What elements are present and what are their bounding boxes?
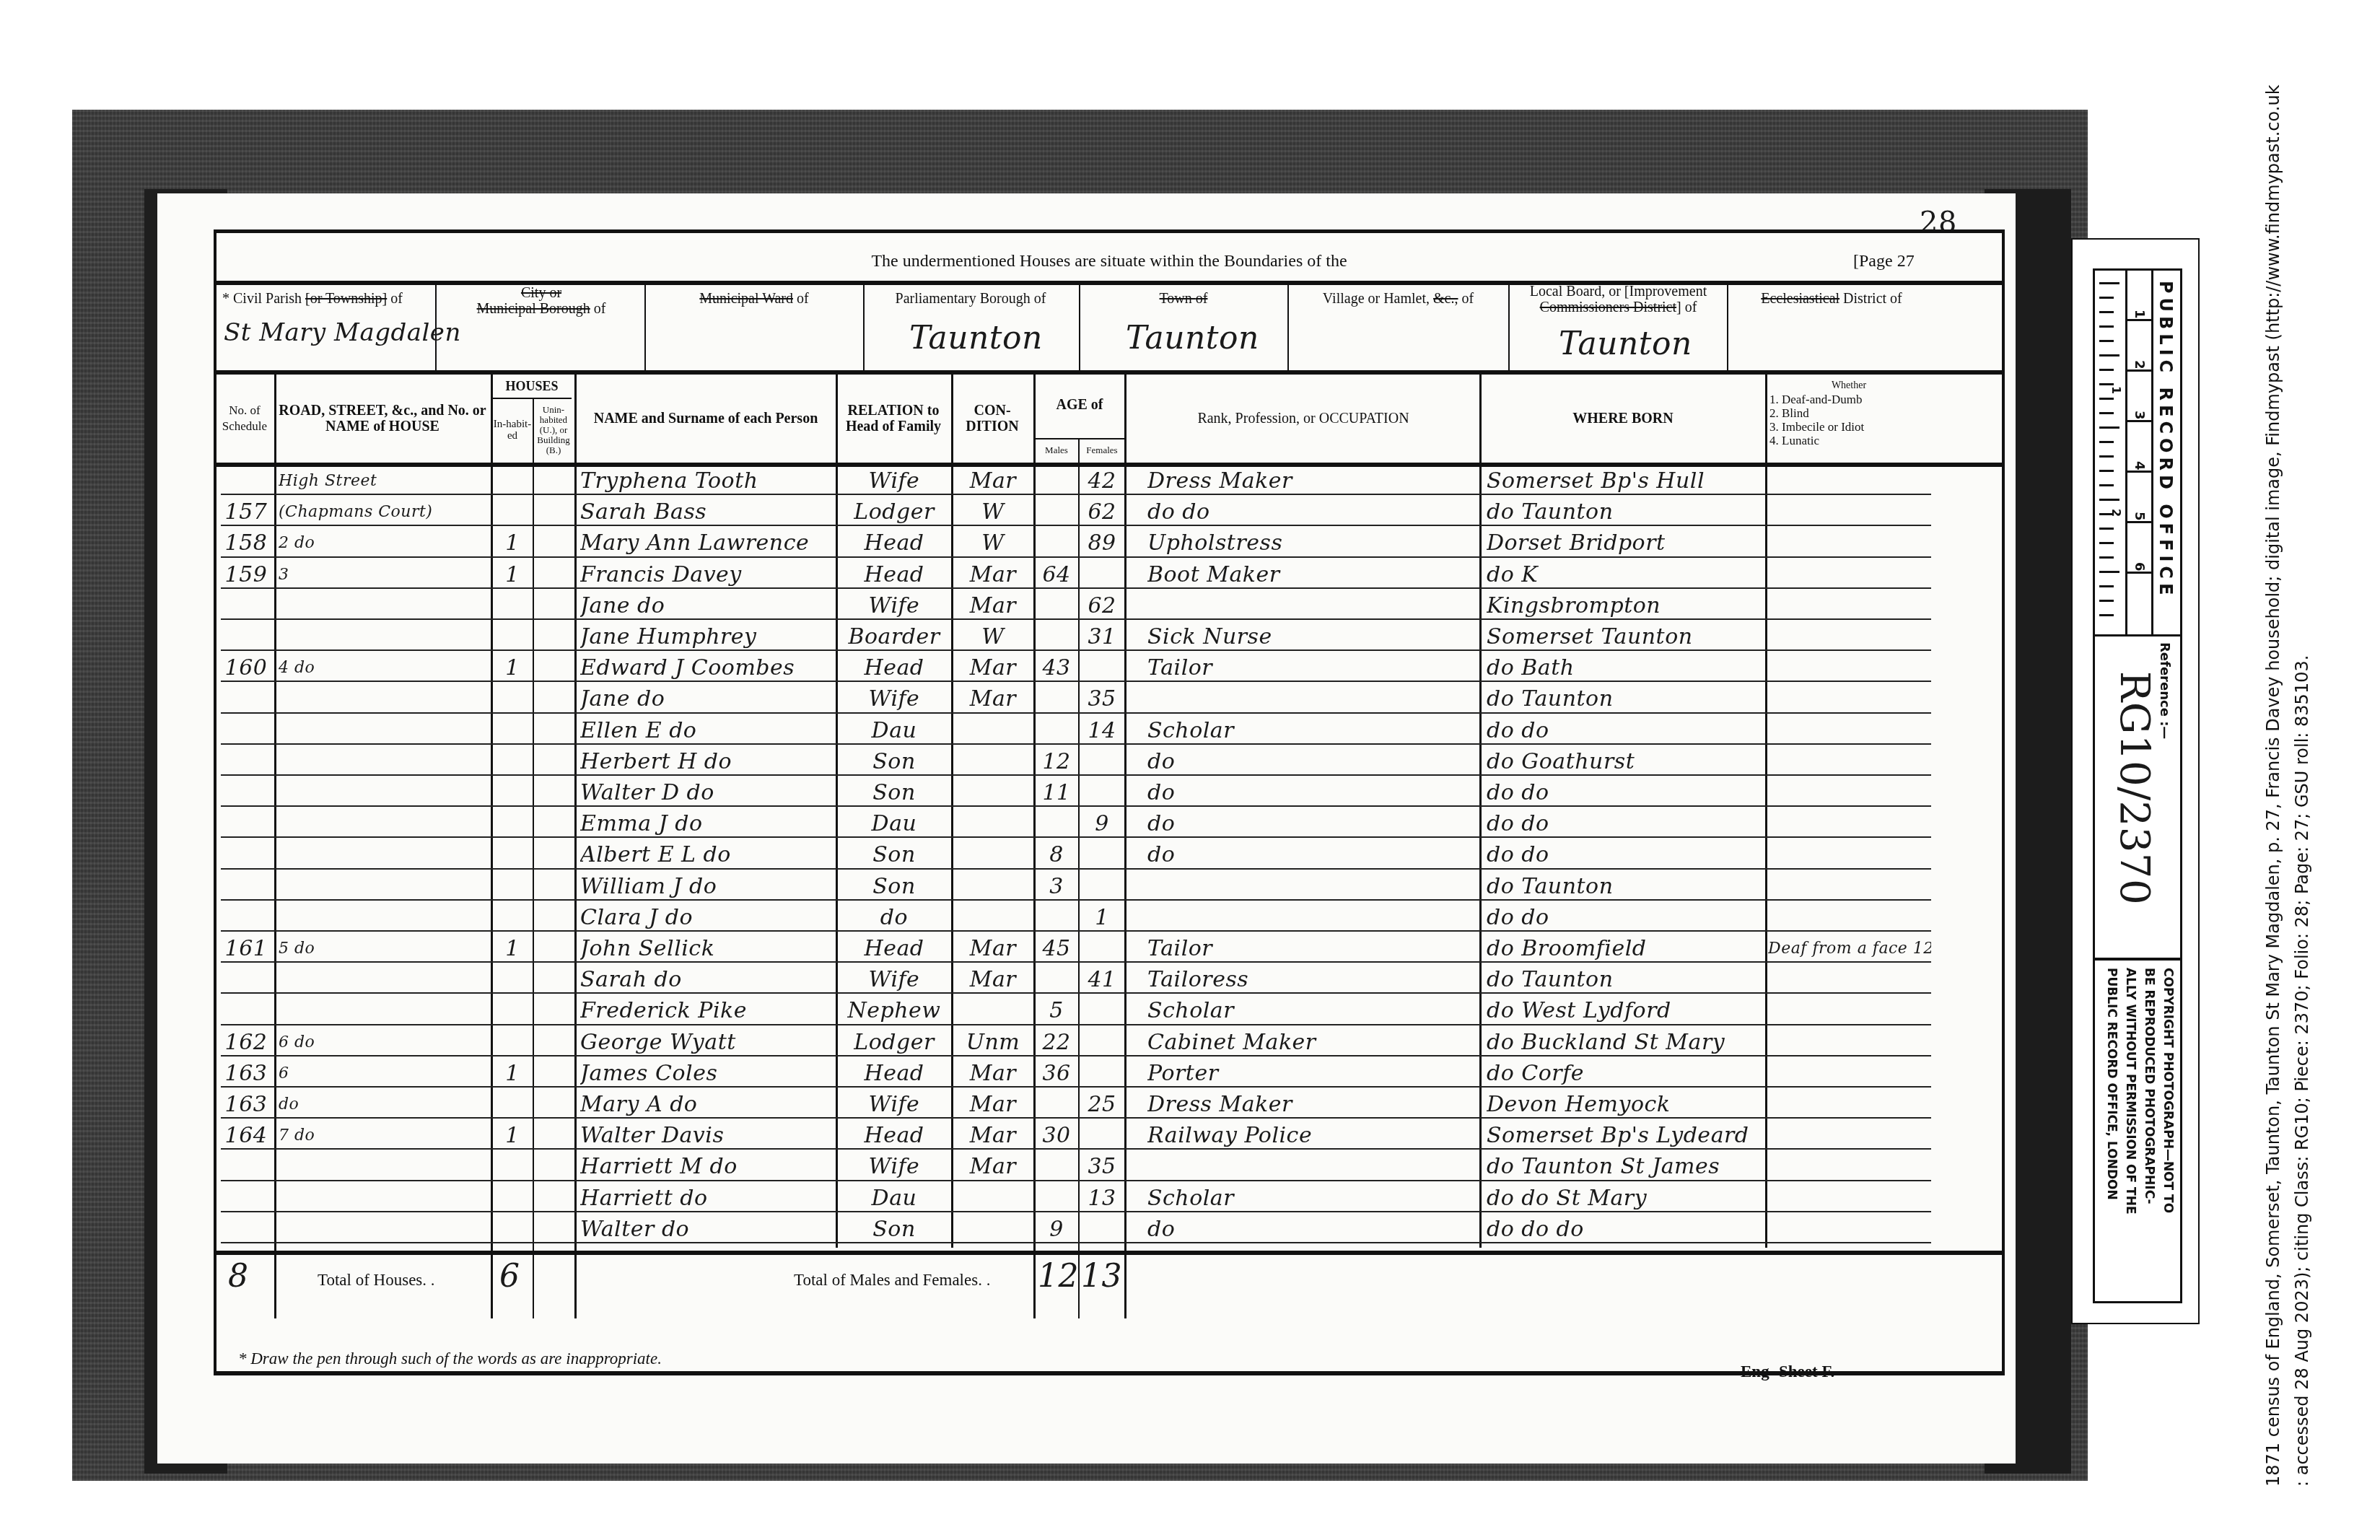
cell-male-age: 22 [1036, 1028, 1077, 1056]
cell-condition [954, 841, 1032, 869]
cell-female-age: 62 [1081, 498, 1123, 526]
cell-road [279, 872, 488, 901]
cell-occupation: do [1147, 1215, 1476, 1243]
cell-road [279, 1184, 488, 1212]
row-rule [221, 712, 1931, 714]
cell-relation: Head [839, 529, 950, 557]
cell-male-age [1036, 1152, 1077, 1181]
cell-inhabited [494, 779, 531, 807]
ruler-label: 5 [2132, 512, 2147, 521]
cell-name: Clara J do [580, 904, 834, 932]
cell-condition [954, 997, 1032, 1025]
cell-schedule: 157 [219, 498, 273, 526]
cell-condition: W [954, 623, 1032, 651]
cell-where-born: do do [1487, 841, 1764, 869]
cell-female-age: 1 [1081, 904, 1123, 932]
cell-name: Albert E L do [580, 841, 834, 869]
cell-female-age: 89 [1081, 529, 1123, 557]
ruler-tick [2099, 354, 2119, 356]
cell-occupation: Boot Maker [1147, 561, 1476, 589]
ruler-tick [2099, 398, 2114, 400]
col-header-houses: HOUSES [492, 376, 572, 396]
cell-occupation: do [1147, 841, 1476, 869]
stamp-reference-label: Reference :— [2157, 642, 2172, 739]
cell-female-age [1081, 872, 1123, 901]
ruler-label: 6 [2132, 562, 2147, 572]
cell-relation: Wife [839, 1152, 950, 1181]
divider [216, 370, 2002, 375]
cell-schedule: 161 [219, 935, 273, 963]
cell-infirmity [1768, 810, 1931, 838]
row-rule [221, 494, 1931, 495]
cell-male-age: 9 [1036, 1215, 1077, 1243]
stamp-reference-value: RG10/2370 [2111, 671, 2158, 905]
cell-male-age [1036, 685, 1077, 713]
cell-name: Herbert H do [580, 748, 834, 776]
cell-infirmity [1768, 717, 1931, 745]
cell-road [279, 841, 488, 869]
cell-female-age: 9 [1081, 810, 1123, 838]
cell-where-born: do do [1487, 779, 1764, 807]
cell-road: do [279, 1090, 488, 1119]
total-houses-label: Total of Houses. . [318, 1272, 435, 1288]
cell-schedule [219, 810, 273, 838]
cell-relation: Boarder [839, 623, 950, 651]
cell-name: Emma J do [580, 810, 834, 838]
cell-schedule [219, 1152, 273, 1181]
cell-where-born: do West Lydford [1487, 997, 1764, 1025]
cell-occupation: Railway Police [1147, 1121, 1476, 1150]
cell-where-born: Somerset Bp's Hull [1487, 467, 1764, 495]
cell-infirmity [1768, 1090, 1931, 1119]
row-rule [221, 868, 1931, 870]
cell-condition [954, 1184, 1032, 1212]
cell-name: Francis Davey [580, 561, 834, 589]
cell-where-born: do do [1487, 904, 1764, 932]
cell-condition: W [954, 529, 1032, 557]
stamp-reference-box: Reference :— RG10/2370 [2093, 635, 2182, 960]
cell-occupation: do [1147, 748, 1476, 776]
ruler-label: 2 [2109, 509, 2123, 517]
sheet-label: Eng- Sheet F. [1741, 1364, 1834, 1380]
boundary-village-label: Village or Hamlet, &c., of [1292, 291, 1505, 307]
cell-relation: Wife [839, 1090, 950, 1119]
cell-male-age: 5 [1036, 997, 1077, 1025]
cell-infirmity [1768, 561, 1931, 589]
row-rule [221, 1242, 1931, 1243]
cell-relation: Head [839, 1121, 950, 1150]
cell-inhabited [494, 1152, 531, 1181]
cell-road: 3 [279, 561, 488, 589]
boundary-town-label: Town of [1082, 291, 1285, 307]
cell-female-age: 25 [1081, 1090, 1123, 1119]
cell-condition: Mar [954, 1121, 1032, 1150]
col-header-road: ROAD, STREET, &c., and No. or NAME of HO… [276, 376, 489, 461]
cell-occupation [1147, 904, 1476, 932]
cell-condition [954, 748, 1032, 776]
cell-where-born: Somerset Taunton [1487, 623, 1764, 651]
stamp-ruler-box: PUBLIC RECORD OFFICE 123456 12 [2093, 268, 2182, 636]
cell-condition: W [954, 498, 1032, 526]
ruler-tick [2099, 455, 2114, 458]
cell-where-born: do Taunton [1487, 685, 1764, 713]
col-header-infirmities: Whether 1. Deaf-and-Dumb 2. Blind 3. Imb… [1769, 379, 1928, 447]
cell-name: Jane do [580, 685, 834, 713]
cell-name: Jane do [580, 592, 834, 620]
cell-road: 4 do [279, 654, 488, 682]
cell-male-age: 8 [1036, 841, 1077, 869]
cell-where-born: Devon Hemyock [1487, 1090, 1764, 1119]
cell-condition: Mar [954, 1152, 1032, 1181]
ruler-label: 2 [2132, 360, 2147, 369]
cell-infirmity [1768, 1215, 1931, 1243]
ruler-tick [2099, 571, 2119, 573]
cell-male-age: 3 [1036, 872, 1077, 901]
cell-name: Mary A do [580, 1090, 834, 1119]
cell-female-age: 35 [1081, 685, 1123, 713]
cell-schedule: 163 [219, 1059, 273, 1088]
cell-occupation: Sick Nurse [1147, 623, 1476, 651]
ruler-tick [2099, 340, 2114, 342]
boundary-parliamentary-value: Taunton [909, 320, 1043, 356]
cell-inhabited [494, 685, 531, 713]
col-header-occupation: Rank, Profession, or OCCUPATION [1127, 376, 1479, 461]
cell-name: Walter D do [580, 779, 834, 807]
ruler-tick [2099, 484, 2114, 486]
ruler-tick [2099, 282, 2119, 284]
col-header-schedule: No. of Schedule [216, 376, 273, 461]
total-schedules: 8 [228, 1258, 249, 1295]
cell-inhabited: 1 [494, 561, 531, 589]
cell-schedule: 158 [219, 529, 273, 557]
cell-condition [954, 872, 1032, 901]
cell-road: 5 do [279, 935, 488, 963]
cell-condition: Mar [954, 1090, 1032, 1119]
cell-male-age [1036, 904, 1077, 932]
ruler-label: 3 [2132, 411, 2147, 420]
boundary-civil-parish-value: St Mary Magdalen [224, 318, 461, 347]
cell-infirmity [1768, 841, 1931, 869]
cell-condition: Mar [954, 561, 1032, 589]
cell-occupation: Cabinet Maker [1147, 1028, 1476, 1056]
totals-divider [216, 1251, 2002, 1255]
cell-schedule [219, 1184, 273, 1212]
cell-infirmity [1768, 467, 1931, 495]
cell-where-born: do Goathurst [1487, 748, 1764, 776]
cell-road [279, 810, 488, 838]
cell-where-born: do do St Mary [1487, 1184, 1764, 1212]
cell-male-age [1036, 1090, 1077, 1119]
cell-female-age: 13 [1081, 1184, 1123, 1212]
cell-infirmity [1768, 623, 1931, 651]
cell-schedule: 163 [219, 1090, 273, 1119]
cell-condition: Mar [954, 592, 1032, 620]
cell-infirmity [1768, 1184, 1931, 1212]
cell-relation: Head [839, 561, 950, 589]
boundary-borough-label: City or Municipal Borough of [440, 285, 642, 317]
cell-name: John Sellick [580, 935, 834, 963]
cell-where-born: do do do [1487, 1215, 1764, 1243]
cell-occupation [1147, 592, 1476, 620]
cell-inhabited [494, 872, 531, 901]
cell-where-born: Kingsbrompton [1487, 592, 1764, 620]
cell-male-age: 11 [1036, 779, 1077, 807]
cell-road: 6 do [279, 1028, 488, 1056]
cell-infirmity [1768, 779, 1931, 807]
record-office-stamp: PUBLIC RECORD OFFICE 123456 12 Reference… [2071, 238, 2200, 1324]
boundary-local-board-value: Taunton [1559, 325, 1692, 362]
cell-schedule [219, 467, 273, 495]
cell-inhabited [494, 1090, 531, 1119]
ruler-tick [2099, 369, 2114, 371]
cell-female-age [1081, 654, 1123, 682]
row-rule [221, 836, 1931, 838]
cell-schedule [219, 779, 273, 807]
cell-road: 2 do [279, 529, 488, 557]
cell-occupation [1147, 685, 1476, 713]
ruler-tick [2099, 470, 2114, 472]
cell-where-born: Dorset Bridport [1487, 529, 1764, 557]
cell-infirmity [1768, 685, 1931, 713]
cell-schedule [219, 685, 273, 713]
cell-name: Jane Humphrey [580, 623, 834, 651]
ruler-tick [2099, 383, 2114, 385]
cell-relation: Son [839, 779, 950, 807]
col-header-relation: RELATION to Head of Family [837, 376, 950, 461]
cell-road: High Street [279, 467, 488, 495]
row-rule [221, 1148, 1931, 1150]
row-rule [221, 649, 1931, 651]
cell-relation: Head [839, 654, 950, 682]
boundary-ward-label: Municipal Ward of [649, 291, 859, 307]
cell-female-age: 31 [1081, 623, 1123, 651]
cell-where-born: do Corfe [1487, 1059, 1764, 1088]
cell-where-born: do Taunton [1487, 966, 1764, 994]
cell-schedule: 164 [219, 1121, 273, 1150]
cell-inhabited [494, 748, 531, 776]
ruler-tick [2099, 542, 2114, 544]
cell-male-age [1036, 529, 1077, 557]
row-rule [221, 1211, 1931, 1212]
cell-female-age [1081, 561, 1123, 589]
citation-caption: 1871 census of England, Somerset, Taunto… [2259, 58, 2324, 1487]
boundary-local-board-label: Local Board, or [Improvement Commissione… [1512, 284, 1725, 315]
row-rule [221, 774, 1931, 776]
cell-occupation: do do [1147, 498, 1476, 526]
stamp-copyright: COPYRIGHT PHOTOGRAPH—NOT TO BE REPRODUCE… [2102, 968, 2177, 1292]
cell-female-age: 42 [1081, 467, 1123, 495]
cell-relation: Wife [839, 592, 950, 620]
cell-condition [954, 717, 1032, 745]
cell-inhabited [494, 467, 531, 495]
cell-where-born: Somerset Bp's Lydeard [1487, 1121, 1764, 1150]
cell-inhabited [494, 1028, 531, 1056]
cell-female-age: 41 [1081, 966, 1123, 994]
cell-name: Walter Davis [580, 1121, 834, 1150]
cell-condition [954, 1215, 1032, 1243]
cell-name: Frederick Pike [580, 997, 834, 1025]
cell-male-age: 12 [1036, 748, 1077, 776]
boundary-parliamentary-label: Parliamentary Borough of [866, 291, 1075, 307]
cell-relation: Dau [839, 1184, 950, 1212]
cell-infirmity [1768, 592, 1931, 620]
cell-name: George Wyatt [580, 1028, 834, 1056]
cell-male-age [1036, 966, 1077, 994]
cell-male-age: 36 [1036, 1059, 1077, 1088]
total-persons-label: Total of Males and Females. . [794, 1272, 990, 1288]
cell-occupation: Dress Maker [1147, 1090, 1476, 1119]
cell-occupation: Porter [1147, 1059, 1476, 1088]
cell-relation: Dau [839, 810, 950, 838]
cell-female-age [1081, 779, 1123, 807]
cell-male-age [1036, 623, 1077, 651]
cell-road: (Chapmans Court) [279, 498, 488, 526]
cell-road [279, 592, 488, 620]
cell-male-age [1036, 1184, 1077, 1212]
cell-infirmity [1768, 997, 1931, 1025]
cell-condition: Mar [954, 1059, 1032, 1088]
cell-condition: Mar [954, 966, 1032, 994]
cell-occupation [1147, 1152, 1476, 1181]
cell-inhabited: 1 [494, 529, 531, 557]
cell-relation: Dau [839, 717, 950, 745]
cell-occupation: Dress Maker [1147, 467, 1476, 495]
cell-name: Edward J Coombes [580, 654, 834, 682]
cell-schedule [219, 966, 273, 994]
cell-infirmity [1768, 1121, 1931, 1150]
cell-male-age [1036, 592, 1077, 620]
cell-name: Sarah Bass [580, 498, 834, 526]
cell-schedule [219, 872, 273, 901]
ruler-tick [2099, 441, 2114, 443]
cell-female-age [1081, 997, 1123, 1025]
cell-occupation: do [1147, 810, 1476, 838]
cell-schedule [219, 904, 273, 932]
cell-schedule [219, 717, 273, 745]
stamp-copyright-box: COPYRIGHT PHOTOGRAPH—NOT TO BE REPRODUCE… [2093, 958, 2182, 1303]
ruler-label: 4 [2132, 461, 2147, 471]
cell-name: Harriett M do [580, 1152, 834, 1181]
row-rule [221, 1117, 1931, 1119]
cell-male-age: 30 [1036, 1121, 1077, 1150]
cell-name: James Coles [580, 1059, 834, 1088]
cell-relation: Head [839, 1059, 950, 1088]
col-header-females: Females [1080, 439, 1124, 461]
cell-male-age [1036, 498, 1077, 526]
cell-relation: Wife [839, 467, 950, 495]
total-males: 12 [1038, 1258, 1079, 1295]
cell-schedule [219, 841, 273, 869]
cell-relation: Son [839, 748, 950, 776]
cell-road [279, 748, 488, 776]
cell-female-age [1081, 748, 1123, 776]
cell-relation: do [839, 904, 950, 932]
cell-name: Walter do [580, 1215, 834, 1243]
cell-female-age [1081, 1028, 1123, 1056]
cell-inhabited [494, 810, 531, 838]
cell-condition: Unm [954, 1028, 1032, 1056]
row-rule [221, 618, 1931, 620]
cell-infirmity [1768, 748, 1931, 776]
census-form-frame: The undermentioned Houses are situate wi… [214, 229, 2005, 1375]
cell-inhabited [494, 623, 531, 651]
footnote: * Draw the pen through such of the words… [238, 1351, 662, 1367]
ruler-tick [2099, 412, 2114, 414]
cell-relation: Wife [839, 685, 950, 713]
cell-occupation: Upholstress [1147, 529, 1476, 557]
cell-schedule: 162 [219, 1028, 273, 1056]
cell-male-age: 43 [1036, 654, 1077, 682]
citation-line-2: : accessed 28 Aug 2023); citing Class: R… [2288, 58, 2316, 1487]
cell-name: Tryphena Tooth [580, 467, 834, 495]
cell-female-age: 62 [1081, 592, 1123, 620]
cell-infirmity [1768, 1059, 1931, 1088]
cell-condition: Mar [954, 654, 1032, 682]
cell-relation: Son [839, 841, 950, 869]
cell-female-age [1081, 1215, 1123, 1243]
cell-infirmity [1768, 966, 1931, 994]
cell-schedule [219, 997, 273, 1025]
cell-female-age [1081, 935, 1123, 963]
cell-relation: Son [839, 1215, 950, 1243]
row-rule [221, 992, 1931, 994]
ruler-tick [2099, 325, 2114, 328]
cell-name: Sarah do [580, 966, 834, 994]
row-rule [221, 899, 1931, 901]
cell-inhabited [494, 841, 531, 869]
cell-male-age [1036, 717, 1077, 745]
cell-occupation: Scholar [1147, 1184, 1476, 1212]
row-rule [221, 556, 1931, 558]
boundary-ecclesiastical-label: Ecclesiastical District of [1731, 291, 1933, 307]
cell-condition [954, 904, 1032, 932]
cell-occupation: do [1147, 779, 1476, 807]
preamble: The undermentioned Houses are situate wi… [216, 253, 2002, 269]
cell-condition: Mar [954, 467, 1032, 495]
cell-inhabited: 1 [494, 935, 531, 963]
col-header-males: Males [1035, 439, 1078, 461]
cell-condition: Mar [954, 935, 1032, 963]
cell-inhabited [494, 997, 531, 1025]
boundary-town-value: Taunton [1126, 320, 1259, 356]
cell-male-age [1036, 810, 1077, 838]
cell-name: Mary Ann Lawrence [580, 529, 834, 557]
cell-relation: Lodger [839, 498, 950, 526]
cell-relation: Head [839, 935, 950, 963]
cell-inhabited [494, 966, 531, 994]
page-label: [Page 27 [1853, 253, 1915, 269]
cell-road [279, 685, 488, 713]
cell-where-born: do Bath [1487, 654, 1764, 682]
cell-male-age: 64 [1036, 561, 1077, 589]
cell-infirmity [1768, 904, 1931, 932]
cell-condition [954, 810, 1032, 838]
ruler-tick [2099, 556, 2114, 559]
cell-where-born: do K [1487, 561, 1764, 589]
cell-condition [954, 779, 1032, 807]
cell-infirmity [1768, 529, 1931, 557]
ruler-tick [2099, 499, 2119, 501]
cell-road [279, 966, 488, 994]
cell-road [279, 717, 488, 745]
cell-road [279, 904, 488, 932]
boundary-civil-parish-label: * Civil Parish [or Township] of [222, 291, 432, 307]
cell-road: 7 do [279, 1121, 488, 1150]
cell-occupation: Scholar [1147, 997, 1476, 1025]
cell-occupation [1147, 872, 1476, 901]
citation-line-1: 1871 census of England, Somerset, Taunto… [2259, 58, 2288, 1487]
cell-where-born: do do [1487, 717, 1764, 745]
